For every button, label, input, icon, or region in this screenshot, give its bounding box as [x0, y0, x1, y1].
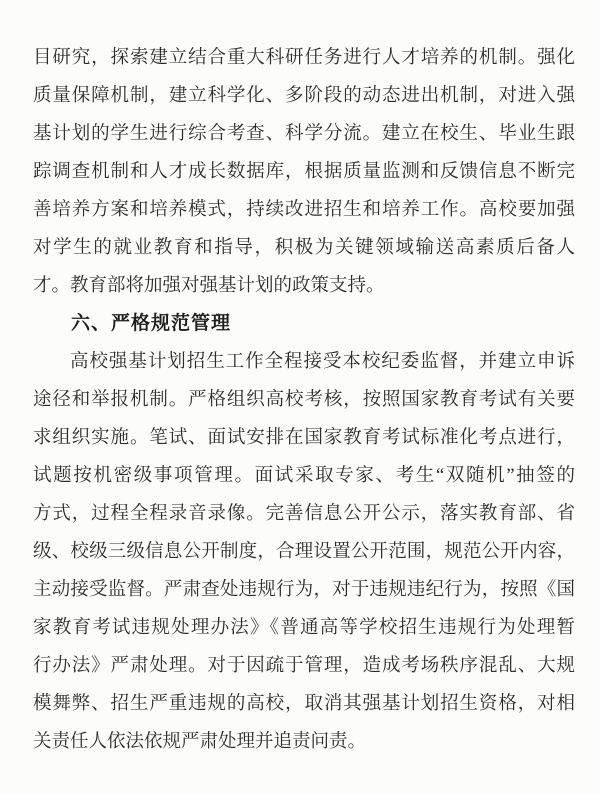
text-line: 目研究，探索建立结合重大科研任务进行人才培养的机制。强化 [33, 39, 575, 77]
document-page: 目研究，探索建立结合重大科研任务进行人才培养的机制。强化质量保障机制，建立科学化… [0, 0, 600, 794]
text-line: 家教育考试违规处理办法》《普通高等学校招生违规行为处理暂 [33, 609, 575, 647]
text-line: 途径和举报机制。严格组织高校考核，按照国家教育考试有关要 [33, 381, 575, 419]
text-line: 踪调查机制和人才成长数据库，根据质量监测和反馈信息不断完 [33, 153, 575, 191]
text-line: 善培养方案和培养模式，持续改进招生和培养工作。高校要加强 [33, 191, 575, 229]
text-line: 才。教育部将加强对强基计划的政策支持。 [33, 267, 575, 305]
text-line: 主动接受监督。严肃查处违规行为，对于违规违纪行为，按照《国 [33, 571, 575, 609]
text-line: 基计划的学生进行综合考查、科学分流。建立在校生、毕业生跟 [33, 115, 575, 153]
section-heading-six: 六、严格规范管理 [33, 305, 575, 343]
text-line: 质量保障机制，建立科学化、多阶段的动态进出机制，对进入强 [33, 77, 575, 115]
text-line: 高校强基计划招生工作全程接受本校纪委监督，并建立申诉 [33, 343, 575, 381]
text-line: 行办法》严肃处理。对于因疏于管理，造成考场秩序混乱、大规 [33, 647, 575, 685]
text-line: 对学生的就业教育和指导，积极为关键领域输送高素质后备人 [33, 229, 575, 267]
text-line: 试题按机密级事项管理。面试采取专家、考生“双随机”抽签的 [33, 457, 575, 495]
document-text: 目研究，探索建立结合重大科研任务进行人才培养的机制。强化质量保障机制，建立科学化… [33, 39, 575, 761]
text-line: 求组织实施。笔试、面试安排在国家教育考试标准化考点进行， [33, 419, 575, 457]
text-line: 关责任人依法依规严肃处理并追责问责。 [33, 723, 575, 761]
text-line: 方式，过程全程录音录像。完善信息公开公示，落实教育部、省 [33, 495, 575, 533]
text-line: 模舞弊、招生严重违规的高校，取消其强基计划招生资格，对相 [33, 685, 575, 723]
text-line: 级、校级三级信息公开制度，合理设置公开范围，规范公开内容， [33, 533, 575, 571]
